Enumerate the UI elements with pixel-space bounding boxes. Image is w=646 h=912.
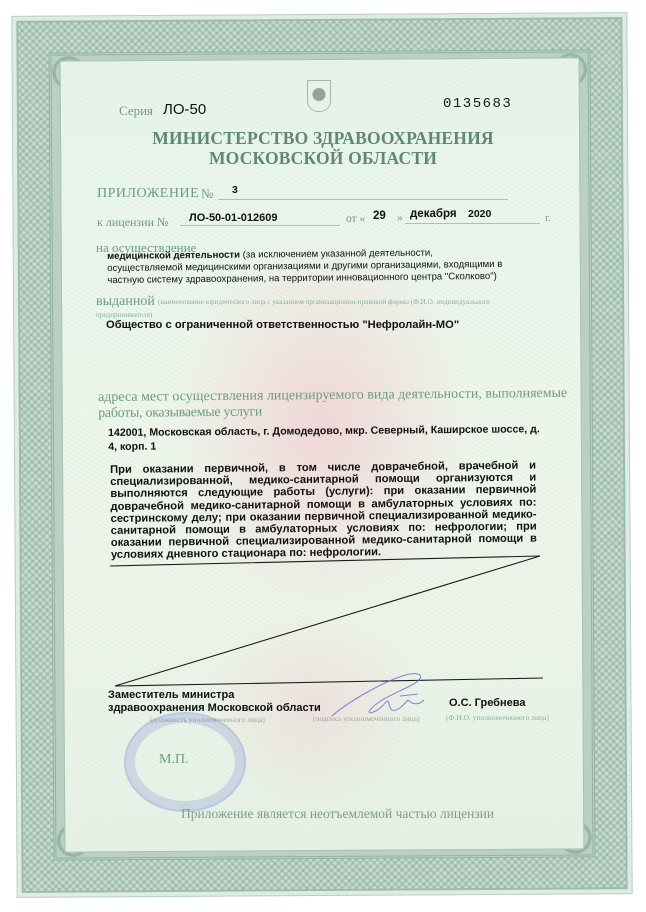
activity-text-line1: (за исключением указанной деятельности, xyxy=(240,248,433,261)
signatory-position-line1: Заместитель министра xyxy=(108,689,321,702)
licensee-name: Общество с ограниченной ответственностью… xyxy=(106,319,459,331)
appendix-number-sign: № xyxy=(201,186,213,202)
appendix-label: ПРИЛОЖЕНИЕ xyxy=(97,186,199,202)
issued-to-hint-line1: (наименование юридического лица с указан… xyxy=(158,298,490,306)
date-month: декабря xyxy=(410,208,457,220)
serial-number: 0135683 xyxy=(443,96,512,112)
caption-signature: (подпись уполномоченного лица) xyxy=(313,714,420,723)
appendix-number-underline xyxy=(218,199,508,200)
license-number-underline xyxy=(180,225,340,226)
caption-name: (Ф.И.О. уполномоченного лица) xyxy=(446,713,549,722)
date-from-label: от « xyxy=(346,213,365,225)
signatory-position: Заместитель министра здравоохранения Мос… xyxy=(108,689,321,715)
services-description: При оказании первичной, в том числе довр… xyxy=(110,460,537,562)
series-value: ЛО-50 xyxy=(163,101,206,118)
footer-note: Приложение является неотъемлемой частью … xyxy=(181,806,494,822)
coat-of-arms-icon xyxy=(307,80,331,112)
date-underline xyxy=(405,223,540,224)
seal-label: М.П. xyxy=(159,752,189,768)
series-label: Серия xyxy=(119,103,153,119)
issued-to-hint-line2: предпринимателя) xyxy=(96,311,152,319)
signatory-position-line2: здравоохранения Московской области xyxy=(108,702,321,715)
address: 142001, Московская область, г. Домодедов… xyxy=(108,422,540,454)
issuer-title-line2: МОСКОВСКОЙ ОБЛАСТИ xyxy=(0,148,646,169)
addresses-label: адреса мест осуществления лицензируемого… xyxy=(98,386,567,422)
license-number: ЛО-50-01-012609 xyxy=(189,212,277,224)
date-day: 29 xyxy=(373,210,386,222)
issuer-title-line1: МИНИСТЕРСТВО ЗДРАВООХРАНЕНИЯ xyxy=(0,128,646,149)
signatory-name: О.С. Гребнева xyxy=(449,697,525,709)
appendix-number: 3 xyxy=(232,184,238,196)
license-label: к лицензии № xyxy=(97,215,168,230)
year-suffix: г. xyxy=(545,212,551,224)
date-year: 2020 xyxy=(468,208,491,220)
activity-type: медицинской деятельности xyxy=(107,250,240,262)
date-quote-close: » xyxy=(397,212,403,224)
issued-to-label: выданной xyxy=(96,294,155,310)
activity-description: медицинской деятельности (за исключением… xyxy=(107,247,503,287)
